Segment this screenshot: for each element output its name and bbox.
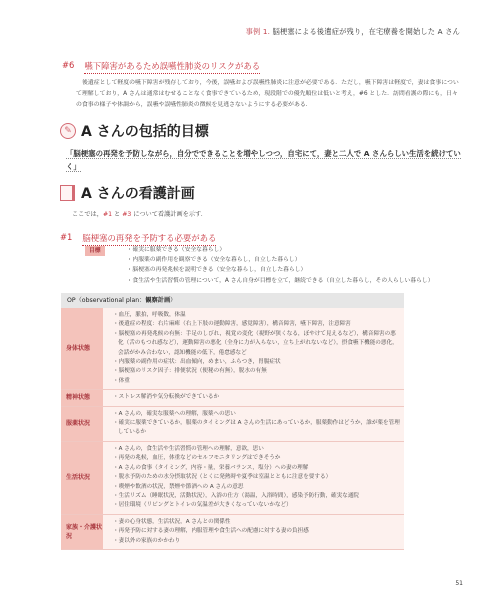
- running-header: 事例 1. 脳梗塞による後遺症が残り，在宅療養を開始した A さん: [246, 27, 460, 37]
- table-row: 精神状態 ・ストレス解消や気分転換ができているか: [61, 390, 404, 406]
- problem-title: 嚥下障害があるため誤嚥性肺炎のリスクがある: [84, 60, 260, 74]
- row-item: ・脳梗塞の再発兆候の有無：手足のしびれ，視覚の変化（視野が狭くなる，ぼやけて見え…: [113, 330, 400, 358]
- case-title: 脳梗塞による後遺症が残り，在宅療養を開始した A さん: [273, 27, 460, 36]
- problem-section-1: #1 脳梗塞の再発を予防する必要がある: [60, 232, 470, 246]
- goal-item: ・内服薬の副作用を観察できる（安全な暮らし，自立した暮らし）: [127, 255, 434, 265]
- row-item: ・妻の心身状態，生活状況，A さんとの関係性: [113, 518, 400, 527]
- row-item: ・ストレス解消や気分転換ができているか: [113, 393, 400, 402]
- goal-list: 目標 ・確実に服薬できる（安全な暮らし） ・内服薬の副作用を観察できる（安全な暮…: [85, 245, 475, 286]
- goal-item: ・脳梗塞の再発兆候を説明できる（安全な暮らし，自立した暮らし）: [127, 265, 434, 275]
- problem-body: 後遺症として軽度の嚥下障害が残存しており，今後，誤嚥および誤嚥性肺炎に注意が必要…: [62, 78, 462, 111]
- intro-text: と: [112, 211, 122, 218]
- row-content: ・妻の心身状態，生活状況，A さんとの関係性 ・再発予防に対する妻の理解，内服管…: [103, 515, 404, 549]
- row-item: ・後遺症の程度：右片麻痺（右上下肢の運動障害，感覚障害），構音障害，嚥下障害，注…: [113, 320, 400, 329]
- section-title: A さんの包括的目標: [81, 121, 209, 141]
- problem-ref: #3: [122, 211, 131, 218]
- row-content: ・A さんの，食生活や生活習慣の管理への理解，意欲，思い ・再発の兆候，血圧，体…: [103, 442, 404, 514]
- row-content: ・A さんの，確実な服薬への理解，服薬への思い ・確実に服薬できているか，服薬の…: [103, 407, 404, 441]
- observational-plan-table: OP（observational plan：観察計画） 身体状態 ・血圧，脈拍，…: [61, 293, 404, 550]
- row-item: ・確実に服薬できているか，服薬のタイミングは A さんの生活にあっているか，服薬…: [113, 419, 400, 438]
- row-item: ・A さんの食事（タイミング，内容・量，栄養バランス，塩分）への妻の理解: [113, 464, 400, 473]
- row-label: 家族・介護状況: [61, 515, 103, 549]
- problem-section-6: #6 嚥下障害があるため誤嚥性肺炎のリスクがある 後遺症として軽度の嚥下障害が残…: [62, 60, 462, 111]
- intro-text: について看護計画を示す．: [131, 211, 207, 218]
- row-item: ・A さんの，食生活や生活習慣の管理への理解，意欲，思い: [113, 445, 400, 454]
- header-bold-text: 観察計画: [145, 297, 170, 304]
- comprehensive-goal-section: ✎ A さんの包括的目標 「脳梗塞の再発を予防しながら，自分でできることを増やし…: [60, 121, 470, 173]
- goal-item: ・確実に服薬できる（安全な暮らし）: [127, 245, 434, 255]
- row-item: ・脱水予防のための水分摂取状況（とくに発熱時や夏季は室温とともに注意を要する）: [113, 473, 400, 482]
- row-item: ・脳梗塞のリスク因子：排便状況（便秘の有無），脱水の有無: [113, 367, 400, 376]
- table-row: 服薬状況 ・A さんの，確実な服薬への理解，服薬への思い ・確実に服薬できている…: [61, 407, 404, 442]
- table-header: OP（observational plan：観察計画）: [61, 293, 404, 308]
- row-content: ・ストレス解消や気分転換ができているか: [103, 390, 404, 405]
- row-item: ・血圧，脈拍，呼吸数，体温: [113, 311, 400, 320]
- goal-quote-text: 「脳梗塞の再発を予防しながら，自分でできることを増やしつつ，自宅にて，妻と二人で…: [66, 149, 461, 172]
- section-title: A さんの看護計画: [81, 183, 195, 203]
- table-row: 身体状態 ・血圧，脈拍，呼吸数，体温 ・後遺症の程度：右片麻痺（右上下肢の運動障…: [61, 308, 404, 390]
- problem-number: #6: [62, 60, 74, 74]
- row-item: ・再発予防に対する妻の理解，内服管理や食生活への配慮に対する妻の負担感: [113, 527, 400, 536]
- section-heading: ✎ A さんの包括的目標: [60, 121, 470, 141]
- care-plan-intro: ここでは，#1 と #3 について看護計画を示す．: [60, 209, 470, 218]
- table-row: 生活状況 ・A さんの，食生活や生活習慣の管理への理解，意欲，思い ・再発の兆候…: [61, 442, 404, 515]
- row-item: ・居住環境（リビングとトイレの気温差が大きくなっていないかなど）: [113, 501, 400, 510]
- problem-number: #1: [60, 232, 72, 246]
- row-label: 服薬状況: [61, 407, 103, 441]
- care-plan-section: A さんの看護計画 ここでは，#1 と #3 について看護計画を示す．: [60, 183, 470, 218]
- row-item: ・体重: [113, 377, 400, 386]
- book-icon: [60, 185, 75, 201]
- section-heading: A さんの看護計画: [60, 183, 470, 203]
- goal-item: ・食生活や生活習慣の管理について，A さん自身が目標を立て，継続できる（自立した…: [127, 276, 434, 286]
- row-item: ・生活リズム（睡眠状況，活動状況），入浴の仕方（湯温，入浴時間），感染予防行動，…: [113, 492, 400, 501]
- problem-heading: #6 嚥下障害があるため誤嚥性肺炎のリスクがある: [62, 60, 462, 74]
- goal-badge: 目標: [85, 246, 105, 256]
- page-number: 51: [455, 580, 463, 587]
- row-label: 生活状況: [61, 442, 103, 514]
- row-label: 精神状態: [61, 390, 103, 405]
- row-item: ・内服薬の副作用の症状：出血傾向，めまい，ふらつき，胃腸症状: [113, 358, 400, 367]
- pen-icon: ✎: [60, 123, 76, 139]
- case-label: 事例 1.: [246, 27, 271, 36]
- row-item: ・再発の兆候，血圧，体重などのセルフモニタリングはできそうか: [113, 454, 400, 463]
- goal-quote: 「脳梗塞の再発を予防しながら，自分でできることを増やしつつ，自宅にて，妻と二人で…: [60, 147, 470, 173]
- problem-ref: #1: [103, 211, 112, 218]
- problem-heading: #1 脳梗塞の再発を予防する必要がある: [60, 232, 470, 246]
- row-item: ・妻以外の家族のかかわり: [113, 537, 400, 546]
- table-row: 家族・介護状況 ・妻の心身状態，生活状況，A さんとの関係性 ・再発予防に対する…: [61, 515, 404, 550]
- row-item: ・喫煙や飲酒の状況，禁煙や節酒への A さんの意思: [113, 483, 400, 492]
- row-label: 身体状態: [61, 308, 103, 389]
- row-content: ・血圧，脈拍，呼吸数，体温 ・後遺症の程度：右片麻痺（右上下肢の運動障害，感覚障…: [103, 308, 404, 389]
- header-text: OP（observational plan：: [67, 297, 145, 304]
- problem-title: 脳梗塞の再発を予防する必要がある: [82, 232, 216, 246]
- intro-text: ここでは，: [72, 211, 103, 218]
- header-text: ）: [170, 297, 176, 304]
- goal-items: ・確実に服薬できる（安全な暮らし） ・内服薬の副作用を観察できる（安全な暮らし，…: [127, 245, 434, 286]
- row-item: ・A さんの，確実な服薬への理解，服薬への思い: [113, 410, 400, 419]
